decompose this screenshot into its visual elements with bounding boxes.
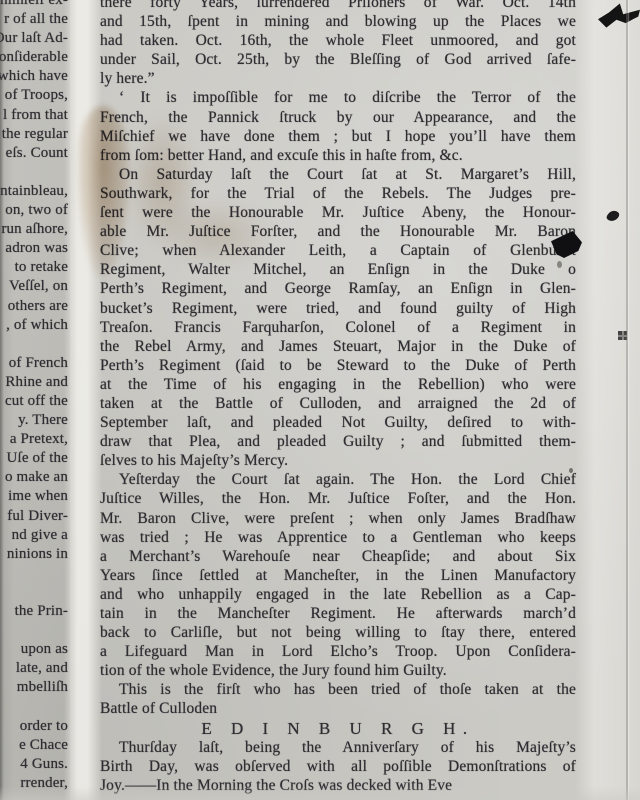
text-line: Years ſince ſettled at Mancheſter, in th… [100, 566, 576, 585]
text-line: adron was [0, 239, 68, 258]
text-line: eſs. Count [0, 144, 68, 163]
text-line: Veſſel, on [0, 277, 68, 296]
text-line: French, the Pannick ſtruck by our Appear… [100, 108, 576, 127]
text-line: taken at the Battle of Culloden, and arr… [100, 394, 576, 413]
section-heading: E D I N B U R G H. [100, 719, 576, 738]
text-line: ntainbleau, [0, 182, 68, 201]
text-line: a Lifeguard Man in Lord Elcho’s Troop. U… [100, 642, 576, 661]
ink-dot [569, 468, 573, 473]
text-line: the Prin- [0, 602, 68, 621]
text-line [0, 564, 68, 583]
text-line: nd give a [0, 526, 68, 545]
text-line: 4 Guns. [0, 755, 68, 774]
text-line: on, two of [0, 201, 68, 220]
text-line: September laſt, and pleaded Not Guilty, … [100, 413, 576, 432]
text-line: the Rebel Army, and James Steuart, Major… [100, 337, 576, 356]
fold-line [626, 0, 628, 800]
text-line: a Pretext, [0, 430, 68, 449]
text-line: ſelves to his Majeſty’s Mercy. [100, 451, 576, 470]
right-page-margin [575, 0, 640, 800]
text-line: Thurſday laſt, being the Anniverſary of … [100, 738, 576, 757]
text-line: Clive; when Alexander Leith, a Captain o… [100, 241, 576, 260]
text-line: cut off the [0, 392, 68, 411]
text-line [0, 335, 68, 354]
text-line: ninions in [0, 545, 68, 564]
text-line: there forty Years, ſurrendered Priſoners… [100, 0, 576, 12]
text-line: of French [0, 354, 68, 373]
text-line: Miſchief we have done them ; but I hope … [100, 127, 576, 146]
text-line: , of which [0, 316, 68, 335]
text-line: had taken. Oct. 16th, the whole Fleet un… [100, 31, 576, 50]
text-line: ime when [0, 487, 68, 506]
text-line: ‘ It is impoſſible for me to diſcribe th… [100, 88, 576, 107]
text-line: others are [0, 297, 68, 316]
text-line: and who unhappily engaged in the late Re… [100, 585, 576, 604]
text-line: e Chace [0, 736, 68, 755]
text-line: Rhine and [0, 373, 68, 392]
text-line: Treaſon. Francis Farquharſon, Colonel of… [100, 318, 576, 337]
text-line: Our laſt Ad- [0, 29, 68, 48]
text-line [0, 621, 68, 640]
text-line [0, 583, 68, 602]
text-line: Regiment, Walter Mitchel, an Enſign in t… [100, 260, 576, 279]
text-line: mbelliſh [0, 678, 68, 697]
text-line: of Troops, [0, 86, 68, 105]
text-line: Perth’s Regiment (ſaid to be Steward to … [100, 356, 576, 375]
text-line: ful Diver- [0, 507, 68, 526]
text-line: Perth’s Regiment, and George Ramſay, an … [100, 279, 576, 298]
newspaper-page-photo: himſelf ex-r of all theOur laſt Ad-onſid… [0, 0, 640, 800]
text-line: Yeſterday the Court ſat again. The Hon. … [100, 470, 576, 489]
text-line: and 15th, ſpent in mining and blowing up… [100, 12, 576, 31]
text-line: Battle of Culloden [100, 699, 576, 718]
text-line: to retake [0, 258, 68, 277]
text-line: upon as [0, 640, 68, 659]
text-line: o make an [0, 468, 68, 487]
text-line: Juſtice Willes, the Hon. Mr. Juſtice Foſ… [100, 489, 576, 508]
bottom-edge-blur [0, 786, 640, 800]
text-line: was tried ; He was Apprentice to a Gentl… [100, 528, 576, 547]
text-line: a Merchant’s Warehouſe near Cheapſide; a… [100, 547, 576, 566]
text-line: himſelf ex- [0, 0, 68, 10]
text-line: at the Time of his engaging in the Rebel… [100, 375, 576, 394]
text-line: This is the firſt who has been tried of … [100, 680, 576, 699]
text-line [0, 163, 68, 182]
main-column: there forty Years, ſurrendered Priſoners… [100, 0, 576, 795]
ink-speck [557, 261, 562, 268]
text-line: which have [0, 67, 68, 86]
text-line: r of all the [0, 10, 68, 29]
text-line: On Saturday laſt the Court ſat at St. Ma… [100, 165, 576, 184]
text-line: Birth Day, was obſerved with all poſſibl… [100, 757, 576, 776]
text-line [0, 697, 68, 716]
text-line: run aſhore, [0, 220, 68, 239]
text-line: Uſe of the [0, 449, 68, 468]
text-line: tain in the Mancheſter Regiment. He afte… [100, 604, 576, 623]
text-line: onſiderable [0, 48, 68, 67]
text-line: Mr. Baron Clive, were preſent ; when onl… [100, 509, 576, 528]
text-line: y. There [0, 411, 68, 430]
text-line: ly here.” [100, 69, 576, 88]
text-line: back to Carliſle, but not being willing … [100, 623, 576, 642]
text-line: the regular [0, 125, 68, 144]
text-line: order to [0, 717, 68, 736]
text-line: Southwark, for the Trial of the Rebels. … [100, 184, 576, 203]
column-gutter [64, 0, 102, 800]
text-line: late, and [0, 659, 68, 678]
text-line: tion of the whole Evidence, the Jury fou… [100, 661, 576, 680]
photo-left-edge [0, 0, 4, 800]
text-line: under Sail, Oct. 25th, by the Bleſſing o… [100, 50, 576, 69]
text-line: draw that Plea, and pleaded Guilty ; and… [100, 432, 576, 451]
text-line: able Mr. Juſtice Forſter, and the Honour… [100, 222, 576, 241]
text-line: l from that [0, 106, 68, 125]
text-line: from ſom: better Hand, and excuſe this i… [100, 146, 576, 165]
text-line: bucket’s Regiment, were tried, and found… [100, 299, 576, 318]
text-line: ſent were the Honourable Mr. Juſtice Abe… [100, 203, 576, 222]
left-column: himſelf ex-r of all theOur laſt Ad-onſid… [0, 0, 68, 793]
